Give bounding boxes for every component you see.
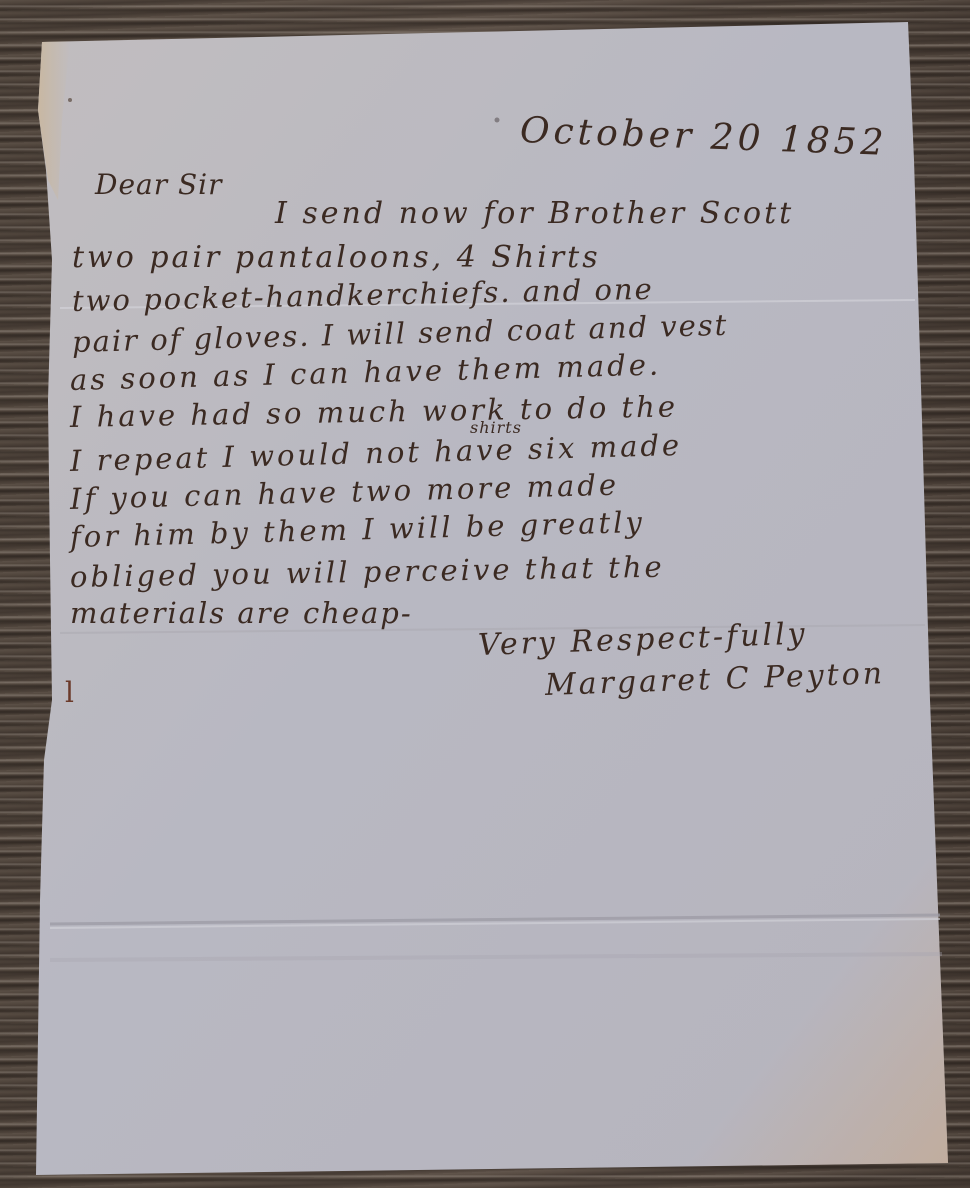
letter-sheet: October 20 1852 Dear Sir I send now for … bbox=[0, 0, 970, 1188]
body-line-2: two pair pantaloons, 4 Shirts bbox=[72, 240, 601, 275]
body-line-11: materials are cheap- bbox=[70, 596, 413, 630]
body-line-1: I send now for Brother Scott bbox=[275, 196, 794, 231]
margin-ink-mark: l bbox=[65, 676, 75, 709]
salutation: Dear Sir bbox=[95, 168, 223, 201]
